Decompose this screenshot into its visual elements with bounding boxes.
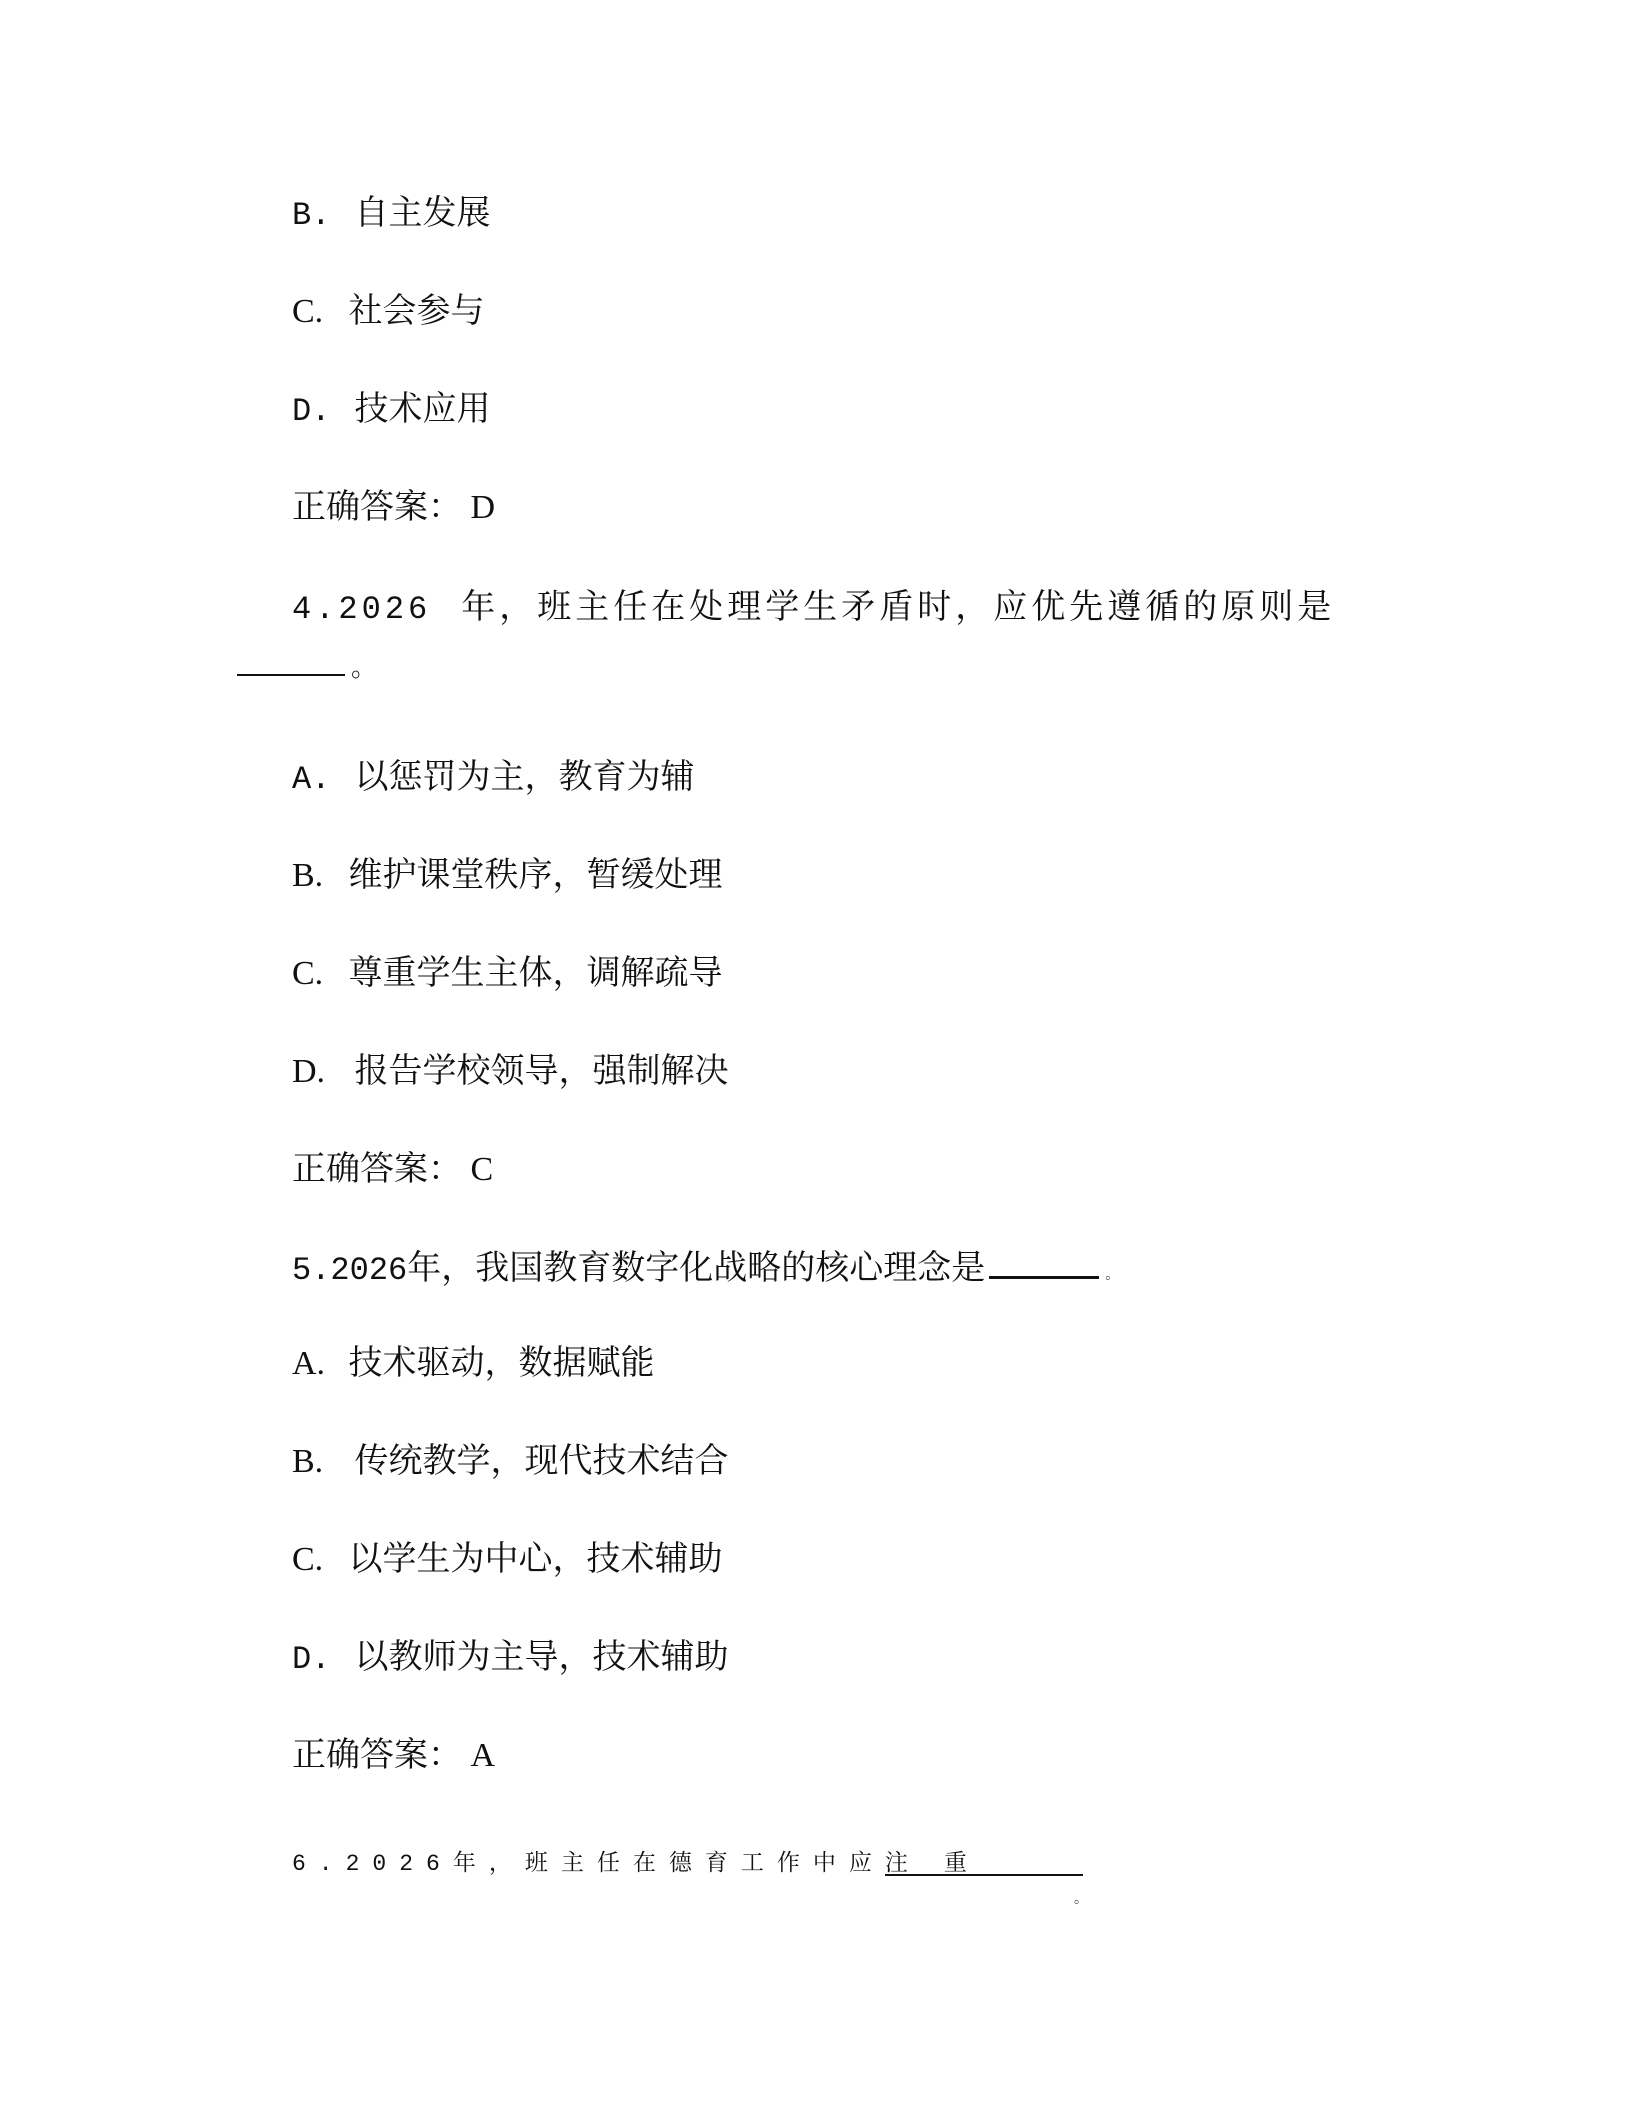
- option-text: 以惩罚为主，教育为辅: [355, 759, 695, 796]
- option-text: 报告学校领导，强制解决: [355, 1053, 729, 1090]
- q6-stem-end: 。: [1074, 1888, 1088, 1908]
- answer-value: D: [471, 489, 496, 526]
- option-letter: C.: [292, 954, 340, 994]
- question-stem: 年，我国教育数字化战略的核心理念是: [407, 1250, 985, 1287]
- option-text: 技术应用: [355, 391, 491, 428]
- stem-end: 。: [1105, 1268, 1119, 1283]
- answer-label: 正确答案：: [292, 1151, 462, 1188]
- answer-blank: [237, 648, 345, 676]
- q4-option-b: B. 维护课堂秩序，暂缓处理: [292, 856, 723, 896]
- answer-value: C: [471, 1151, 494, 1188]
- stem-end: 。: [351, 653, 377, 682]
- option-letter: D.: [292, 392, 346, 432]
- q4-correct-answer: 正确答案： C: [292, 1150, 493, 1190]
- option-text: 以学生为中心，技术辅助: [349, 1541, 723, 1578]
- option-text: 社会参与: [349, 293, 485, 330]
- q5-option-b: B. 传统教学，现代技术结合: [292, 1442, 729, 1482]
- option-text: 尊重学生主体，调解疏导: [349, 955, 723, 992]
- q5-option-d: D. 以教师为主导，技术辅助: [292, 1638, 729, 1680]
- option-letter: C.: [292, 292, 340, 332]
- option-letter: A.: [292, 760, 346, 800]
- answer-label: 正确答案：: [292, 489, 462, 526]
- q4-stem: 4.2026年，班主任在处理学生矛盾时，应优先遵循的原则是: [292, 588, 1382, 630]
- option-text: 传统教学，现代技术结合: [355, 1443, 729, 1480]
- blank-text-2: 重: [944, 1850, 967, 1875]
- question-stem: 年，班主任在处理学生矛盾时，应优先遵循的原则是: [461, 589, 1335, 626]
- blank-text-1: 注: [885, 1850, 908, 1875]
- q5-stem: 5.2026年，我国教育数字化战略的核心理念是。: [292, 1246, 1119, 1296]
- question-number: 4.2026: [292, 591, 431, 628]
- option-text: 以教师为主导，技术辅助: [355, 1639, 729, 1676]
- option-text: 维护课堂秩序，暂缓处理: [349, 857, 723, 894]
- q4-option-d: D. 报告学校领导，强制解决: [292, 1052, 729, 1092]
- option-letter: C.: [292, 1540, 340, 1580]
- question-stem: 年，班主任在德育工作中应: [453, 1850, 885, 1875]
- q4-option-a: A. 以惩罚为主，教育为辅: [292, 758, 695, 800]
- option-letter: B.: [292, 196, 346, 236]
- q3-option-c: C. 社会参与: [292, 292, 485, 332]
- answer-value: A: [471, 1737, 496, 1774]
- q4-blank-line: 。: [237, 648, 377, 688]
- option-letter: D.: [292, 1052, 346, 1092]
- q5-option-c: C. 以学生为中心，技术辅助: [292, 1540, 723, 1580]
- question-number: 6.2026: [292, 1851, 453, 1877]
- option-letter: A.: [292, 1344, 340, 1384]
- q5-correct-answer: 正确答案： A: [292, 1736, 495, 1776]
- answer-label: 正确答案：: [292, 1737, 462, 1774]
- q3-correct-answer: 正确答案： D: [292, 488, 495, 528]
- option-text: 技术驱动，数据赋能: [349, 1345, 655, 1382]
- q3-option-b: B. 自主发展: [292, 194, 491, 236]
- option-letter: D.: [292, 1640, 346, 1680]
- q6-stem: 6.2026年，班主任在德育工作中应注重: [292, 1848, 1083, 1879]
- q5-option-a: A. 技术驱动，数据赋能: [292, 1344, 655, 1384]
- q3-option-d: D. 技术应用: [292, 390, 491, 432]
- document-page: B. 自主发展 C. 社会参与 D. 技术应用 正确答案： D 4.2026年，…: [0, 0, 1631, 2112]
- q4-option-c: C. 尊重学生主体，调解疏导: [292, 954, 723, 994]
- question-number: 5.2026: [292, 1252, 407, 1289]
- option-letter: B.: [292, 1442, 346, 1482]
- option-text: 自主发展: [355, 195, 491, 232]
- option-letter: B.: [292, 856, 340, 896]
- answer-blank: 注重: [885, 1848, 1083, 1876]
- answer-blank: [989, 1246, 1099, 1279]
